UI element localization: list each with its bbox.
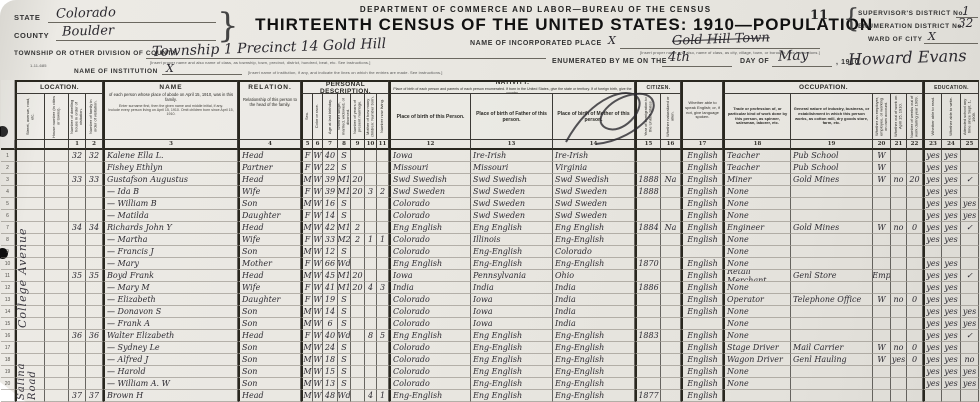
township-note: [Insert proper name and also name of cla… [150, 60, 370, 65]
cell: M [301, 354, 313, 366]
cell: F [301, 294, 313, 306]
cell [961, 258, 979, 270]
cell [661, 306, 681, 318]
cell: Head [238, 390, 301, 402]
cell [635, 162, 661, 174]
cell: no [961, 354, 979, 366]
col-dwelling-header: Number of dwelling house in order of vis… [69, 94, 86, 140]
cell: Na [661, 222, 681, 234]
cell: None [723, 378, 791, 390]
cell [45, 222, 69, 234]
cell: Colorado [389, 378, 471, 390]
cell [907, 162, 923, 174]
cell [791, 210, 873, 222]
column-number: 6 [313, 140, 323, 150]
cell: None [723, 210, 791, 222]
cell [907, 330, 923, 342]
cell [86, 294, 103, 306]
col-father-birthplace-header: Place of birth of Father of this person. [471, 94, 553, 140]
cell: 2 [351, 234, 365, 246]
cell [351, 198, 365, 210]
enumerator-signature: Howard Evans [848, 46, 967, 69]
cell [45, 234, 69, 246]
cell [69, 342, 86, 354]
col-color-label: Color or race. [315, 103, 320, 129]
cell: yes [942, 378, 961, 390]
street-name-college-avenue: College Avenue [16, 158, 29, 328]
cell: M1 [338, 222, 351, 234]
cell [86, 318, 103, 330]
cell: 13 [323, 378, 338, 390]
cell: 0 [907, 294, 923, 306]
cell [873, 330, 891, 342]
cell: Eng English [471, 330, 553, 342]
cell: — Ida B [103, 186, 238, 198]
cell: 0 [907, 354, 923, 366]
cell [661, 390, 681, 402]
cell [69, 354, 86, 366]
cell: Gold Mines [791, 222, 873, 234]
cell: English [681, 222, 723, 234]
cell: W [873, 162, 891, 174]
cell: Eng-English [553, 234, 635, 246]
cell: None [723, 282, 791, 294]
cell [69, 306, 86, 318]
cell: Eng-English [553, 366, 635, 378]
cell: Stage Driver [723, 342, 791, 354]
cell: Son [238, 366, 301, 378]
cell [791, 318, 873, 330]
ward-rule [924, 43, 978, 44]
cell [365, 378, 377, 390]
cell: Eng-English [553, 390, 635, 402]
cell: 45 [323, 270, 338, 282]
cell [961, 282, 979, 294]
cell: Emp [873, 270, 891, 282]
cell [351, 294, 365, 306]
cell [45, 366, 69, 378]
cell [45, 378, 69, 390]
cell: Swd Sweden [553, 186, 635, 198]
cell [351, 162, 365, 174]
cell: Son [238, 198, 301, 210]
column-number: 8 [338, 140, 351, 150]
cell: W [873, 222, 891, 234]
cell: yes [942, 306, 961, 318]
col-out-of-work-label: Whether out of work on April 15, 1910. [894, 94, 903, 139]
cell: yes [961, 318, 979, 330]
cell: S [338, 378, 351, 390]
cell: M [301, 342, 313, 354]
column-number: 25 [961, 140, 979, 150]
col-birthplace-header: Place of birth of this Person. [389, 94, 471, 140]
cell: 20 [351, 270, 365, 282]
cell [45, 150, 69, 162]
cell: M [301, 318, 313, 330]
col-out-of-work-header: Whether out of work on April 15, 1910. [891, 94, 907, 140]
cell: Colorado [389, 246, 471, 258]
cell [661, 270, 681, 282]
cell [45, 162, 69, 174]
relation-title: RELATION. [248, 84, 292, 91]
cell [635, 306, 661, 318]
cell: Walter Elizabeth [103, 330, 238, 342]
cell [365, 222, 377, 234]
cell [365, 270, 377, 282]
cell [907, 186, 923, 198]
col-dwelling-label: Number of dwelling house in order of vis… [70, 94, 84, 139]
cell [69, 294, 86, 306]
cell: 5 [377, 330, 389, 342]
cell: Missouri [389, 162, 471, 174]
cell [45, 246, 69, 258]
cell: W [313, 174, 323, 186]
cell [907, 318, 923, 330]
line-number: 2 [1, 162, 15, 174]
name-note2: Include every person living on April 15,… [105, 108, 237, 117]
cell [681, 318, 723, 330]
cell: Ohio [553, 270, 635, 282]
cell: English [681, 354, 723, 366]
line-number: 4 [1, 186, 15, 198]
cell: 2 [377, 186, 389, 198]
cell [377, 162, 389, 174]
cell [86, 162, 103, 174]
cell [661, 318, 681, 330]
cell: no [891, 174, 907, 186]
cell [635, 210, 661, 222]
cell: 20 [351, 174, 365, 186]
cell [377, 366, 389, 378]
cell: 20 [351, 186, 365, 198]
cell: — Donavon S [103, 306, 238, 318]
cell: India [389, 282, 471, 294]
cell: Eng-English [553, 378, 635, 390]
cell: 1 [377, 234, 389, 246]
cell: — Frank A [103, 318, 238, 330]
enumerated-label-1: ENUMERATED BY ME ON THE [552, 58, 667, 65]
cell: 1883 [635, 330, 661, 342]
census-scan-page: STATE Colorado COUNTY Boulder } TOWNSHIP… [0, 0, 980, 402]
cell [873, 258, 891, 270]
cell: Engineer [723, 222, 791, 234]
cell [907, 306, 923, 318]
cell [377, 294, 389, 306]
cell: Swd Sweden [471, 186, 553, 198]
cell [45, 282, 69, 294]
incorporated-value: Gold Hill Town [672, 30, 770, 48]
cell: Miner [723, 174, 791, 186]
cell [69, 210, 86, 222]
cell: Swd Sweden [471, 198, 553, 210]
county-value: Boulder [62, 23, 115, 39]
cell [661, 282, 681, 294]
cell: Swd Swedish [553, 174, 635, 186]
cell [69, 162, 86, 174]
cell [69, 318, 86, 330]
cell: Daughter [238, 210, 301, 222]
cell: Illinois [471, 234, 553, 246]
cell: Wd [338, 258, 351, 270]
cell [365, 318, 377, 330]
cell [377, 222, 389, 234]
line-number: 13 [1, 294, 15, 306]
line-number: 6 [1, 210, 15, 222]
cell: 24 [323, 342, 338, 354]
cell: English [681, 270, 723, 282]
cell [635, 246, 661, 258]
cell: Retail Merchant [723, 270, 791, 282]
cell [635, 378, 661, 390]
cell: W [313, 294, 323, 306]
cell [351, 246, 365, 258]
cell: S [338, 162, 351, 174]
cell [45, 294, 69, 306]
cell: ✓ [961, 222, 979, 234]
cell: S [338, 318, 351, 330]
cell: M [301, 174, 313, 186]
cell: S [338, 198, 351, 210]
col-school-label: Attended school any time since Sept. 1, … [963, 94, 977, 139]
cell: 39 [323, 174, 338, 186]
cell [377, 378, 389, 390]
cell [69, 186, 86, 198]
cell [791, 390, 873, 402]
enumeration-district-value: 32 [958, 16, 973, 30]
cell: W [313, 354, 323, 366]
cell [961, 390, 979, 402]
cell: English [681, 198, 723, 210]
cell: Eng English [553, 222, 635, 234]
cell: English [681, 162, 723, 174]
state-rule [48, 22, 216, 23]
cell: ✓ [961, 330, 979, 342]
cell [661, 198, 681, 210]
cell: 15 [323, 366, 338, 378]
enumeration-district-label: ENUMERATION DISTRICT No. [858, 23, 964, 30]
cell: F [301, 186, 313, 198]
incorporated-place-label: NAME OF INCORPORATED PLACE [470, 40, 602, 47]
cell: Telephone Office [791, 294, 873, 306]
cell: yes [961, 210, 979, 222]
cell: Eng-English [389, 390, 471, 402]
cell [377, 150, 389, 162]
cell [873, 234, 891, 246]
line-number: 11 [1, 270, 15, 282]
cell: F [301, 210, 313, 222]
cell: India [553, 282, 635, 294]
cell: Eng-English [553, 258, 635, 270]
cell: W [313, 246, 323, 258]
pen-scribble-icon [552, 84, 672, 150]
cell: English [681, 186, 723, 198]
cell [791, 306, 873, 318]
cell [635, 342, 661, 354]
cell: W [313, 390, 323, 402]
column-number: 2 [86, 140, 103, 150]
cell: yes [942, 174, 961, 186]
relation-desc: Relationship of this person to the head … [240, 91, 300, 109]
cell: yes [923, 342, 942, 354]
cell: yes [942, 318, 961, 330]
enumerated-month-rule [772, 66, 832, 67]
cell [377, 270, 389, 282]
cell: W [313, 162, 323, 174]
cell: English [681, 330, 723, 342]
cell: 2 [351, 222, 365, 234]
cell [45, 390, 69, 402]
cell: English [681, 282, 723, 294]
cell: Son [238, 246, 301, 258]
cell: — Sydney Le [103, 342, 238, 354]
cell: 37 [69, 390, 86, 402]
col-street-header: Street, avenue, road, etc. [15, 94, 45, 140]
cell: Colorado [389, 234, 471, 246]
cell: 1886 [635, 282, 661, 294]
cell [365, 354, 377, 366]
cell [635, 354, 661, 366]
cell: W [313, 378, 323, 390]
cell [661, 354, 681, 366]
cell: yes [942, 234, 961, 246]
column-number: 9 [351, 140, 365, 150]
cell: 39 [323, 186, 338, 198]
column-number: 1 [69, 140, 86, 150]
cell: yes [891, 354, 907, 366]
cell: 34 [69, 222, 86, 234]
cell: M [301, 270, 313, 282]
cell: Colorado [389, 210, 471, 222]
cell: 20 [351, 282, 365, 294]
group-education: EDUCATION. [923, 80, 979, 94]
cell: yes [961, 306, 979, 318]
line-number: 18 [1, 354, 15, 366]
line-number: 19 [1, 366, 15, 378]
cell: M1 [338, 282, 351, 294]
cell [661, 258, 681, 270]
col-family-header: Number of family in order of visitation. [86, 94, 103, 140]
col-write-header: Whether able to write. [942, 94, 961, 140]
cell [351, 318, 365, 330]
cell: W [313, 342, 323, 354]
col-street-label: Street, avenue, road, etc. [26, 94, 35, 139]
cell [891, 198, 907, 210]
cell: Pub School [791, 162, 873, 174]
cell [791, 366, 873, 378]
column-number: 18 [723, 140, 791, 150]
cell: English [681, 150, 723, 162]
col-employer-label: Whether an employer, employee, or workin… [875, 94, 889, 139]
cell [86, 306, 103, 318]
col-marital-header: Whether single, married, widowed, or div… [338, 94, 351, 140]
line-number: 7 [1, 222, 15, 234]
column-number: 20 [873, 140, 891, 150]
cell [891, 282, 907, 294]
cell: Eng-English [553, 330, 635, 342]
cell: 37 [86, 390, 103, 402]
cell [45, 270, 69, 282]
cell: W [313, 330, 323, 342]
cell: — Alfred J [103, 354, 238, 366]
col-read-header: Whether able to read. [923, 94, 942, 140]
cell: Wagon Driver [723, 354, 791, 366]
cell: Iowa [471, 306, 553, 318]
cell [86, 246, 103, 258]
cell: 35 [69, 270, 86, 282]
cell: yes [942, 294, 961, 306]
cell: W [873, 174, 891, 186]
cell: 33 [323, 234, 338, 246]
cell: yes [923, 186, 942, 198]
cell: Colorado [389, 198, 471, 210]
cell: W [313, 198, 323, 210]
cell: Swd Sweden [553, 210, 635, 222]
cell: yes [923, 210, 942, 222]
cell [873, 318, 891, 330]
cell: English [681, 174, 723, 186]
cell [942, 246, 961, 258]
cell: Daughter [238, 294, 301, 306]
cell: Head [238, 222, 301, 234]
cell: English [681, 390, 723, 402]
cell: 20 [907, 174, 923, 186]
col-employer-header: Whether an employer, employee, or workin… [873, 94, 891, 140]
cell: — Elizabeth [103, 294, 238, 306]
column-number [45, 140, 69, 150]
cell: yes [942, 258, 961, 270]
column-number: 11 [377, 140, 389, 150]
cell: 1888 [635, 186, 661, 198]
cell [923, 390, 942, 402]
cell: Wd [338, 390, 351, 402]
cell [891, 390, 907, 402]
cell [69, 366, 86, 378]
cell: S [338, 342, 351, 354]
cell: Gold Mines [791, 174, 873, 186]
cell [891, 318, 907, 330]
cell: English [681, 294, 723, 306]
cell: 0 [907, 342, 923, 354]
cell: 1888 [635, 174, 661, 186]
cell: Eng-English [553, 354, 635, 366]
cell: Head [238, 150, 301, 162]
cell [635, 270, 661, 282]
cell [891, 270, 907, 282]
cell [961, 162, 979, 174]
cell: M [301, 246, 313, 258]
cell [907, 390, 923, 402]
column-number: 23 [923, 140, 942, 150]
cell [365, 198, 377, 210]
cell [873, 246, 891, 258]
cell [351, 378, 365, 390]
cell [86, 210, 103, 222]
cell [45, 174, 69, 186]
cell: 18 [323, 354, 338, 366]
cell [377, 342, 389, 354]
cell: Wd [338, 330, 351, 342]
cell: Head [238, 330, 301, 342]
column-number: 5 [301, 140, 313, 150]
cell: Colorado [389, 318, 471, 330]
column-number: 17 [681, 140, 723, 150]
cell: Teacher [723, 162, 791, 174]
col-trade-header: Trade or profession of, or particular ki… [723, 94, 791, 140]
cell [891, 162, 907, 174]
cell: Son [238, 378, 301, 390]
cell [873, 390, 891, 402]
cell [45, 342, 69, 354]
